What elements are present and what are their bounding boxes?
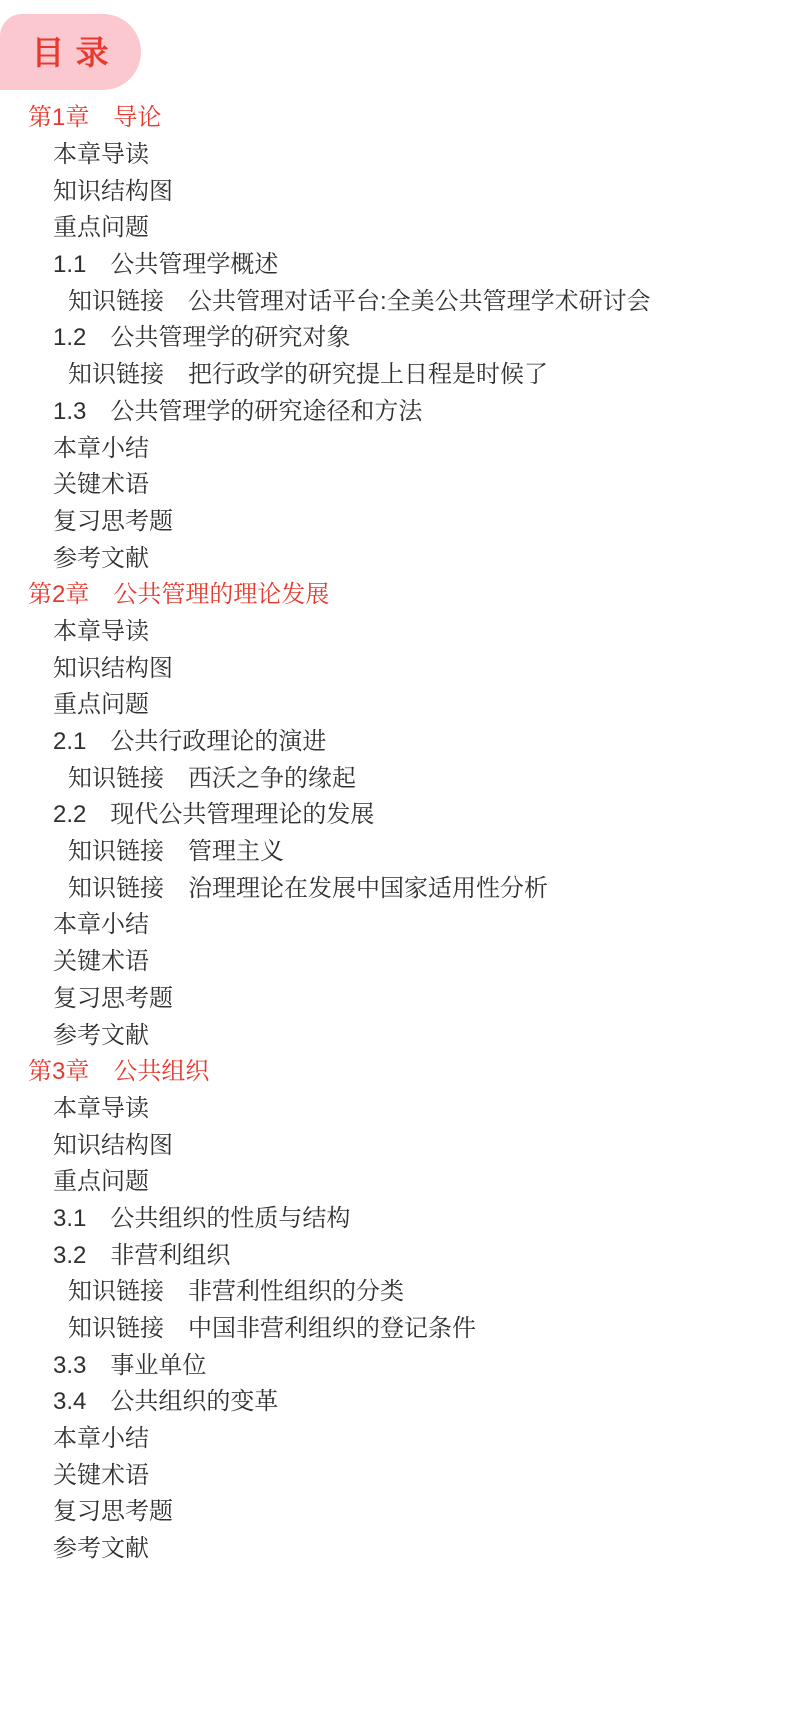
toc-section-entry[interactable]: 复习思考题 <box>0 981 790 1018</box>
toc-section-entry[interactable]: 关键术语 <box>0 944 790 981</box>
toc-entry-label: 重点问题 <box>53 1170 149 1194</box>
toc-entry-label: 第1章 导论 <box>28 106 161 130</box>
toc-entry-label: 第3章 公共组织 <box>28 1060 209 1084</box>
toc-knowledge-link-entry[interactable]: 知识链接 把行政学的研究提上日程是时候了 <box>0 357 790 394</box>
toc-entry-label: 本章导读 <box>53 143 149 167</box>
toc-entry-label: 重点问题 <box>53 693 149 717</box>
toc-entry-label: 知识链接 中国非营利组织的登记条件 <box>68 1317 476 1341</box>
toc-section-entry[interactable]: 3.1 公共组织的性质与结构 <box>0 1201 790 1238</box>
toc-chapter-title[interactable]: 第3章 公共组织 <box>0 1054 790 1091</box>
toc-entry-label: 关键术语 <box>53 1464 149 1488</box>
toc-entry-label: 本章小结 <box>53 437 149 461</box>
toc-section-entry[interactable]: 1.2 公共管理学的研究对象 <box>0 320 790 357</box>
toc-section-entry[interactable]: 2.1 公共行政理论的演进 <box>0 724 790 761</box>
toc-entry-label: 重点问题 <box>53 216 149 240</box>
toc-section-entry[interactable]: 本章导读 <box>0 137 790 174</box>
toc-section-entry[interactable]: 本章导读 <box>0 1091 790 1128</box>
toc-entry-label: 知识链接 西沃之争的缘起 <box>68 767 356 791</box>
toc-entry-label: 知识结构图 <box>53 180 173 204</box>
toc-entry-label: 本章导读 <box>53 620 149 644</box>
toc-section-entry[interactable]: 复习思考题 <box>0 1494 790 1531</box>
toc-header-badge: 目 录 <box>0 14 141 90</box>
toc-section-entry[interactable]: 知识结构图 <box>0 650 790 687</box>
toc-knowledge-link-entry[interactable]: 知识链接 公共管理对话平台:全美公共管理学术研讨会 <box>0 283 790 320</box>
toc-knowledge-link-entry[interactable]: 知识链接 中国非营利组织的登记条件 <box>0 1311 790 1348</box>
toc-entry-label: 知识结构图 <box>53 657 173 681</box>
toc-section-entry[interactable]: 关键术语 <box>0 467 790 504</box>
toc-header-title: 目 录 <box>31 36 109 69</box>
toc-chapter-title[interactable]: 第2章 公共管理的理论发展 <box>0 577 790 614</box>
toc-section-entry[interactable]: 参考文献 <box>0 540 790 577</box>
toc-entry-label: 关键术语 <box>53 473 149 497</box>
toc-entry-label: 复习思考题 <box>53 987 173 1011</box>
toc-entry-label: 参考文献 <box>53 1024 149 1048</box>
toc-entry-label: 1.2 公共管理学的研究对象 <box>53 326 350 350</box>
toc-entry-label: 3.1 公共组织的性质与结构 <box>53 1207 350 1231</box>
toc-entry-label: 第2章 公共管理的理论发展 <box>28 583 329 607</box>
toc-section-entry[interactable]: 本章小结 <box>0 1421 790 1458</box>
toc-section-entry[interactable]: 知识结构图 <box>0 1127 790 1164</box>
toc-entry-label: 复习思考题 <box>53 1500 173 1524</box>
toc-entry-label: 知识链接 非营利性组织的分类 <box>68 1280 404 1304</box>
toc-entry-label: 本章导读 <box>53 1097 149 1121</box>
toc-entry-label: 关键术语 <box>53 950 149 974</box>
toc-entry-label: 知识链接 公共管理对话平台:全美公共管理学术研讨会 <box>68 290 651 314</box>
toc-entry-label: 3.2 非营利组织 <box>53 1244 230 1268</box>
toc-entry-label: 参考文献 <box>53 1537 149 1561</box>
toc-section-entry[interactable]: 1.1 公共管理学概述 <box>0 247 790 284</box>
toc-section-entry[interactable]: 本章小结 <box>0 430 790 467</box>
toc-section-entry[interactable]: 本章导读 <box>0 614 790 651</box>
toc-section-entry[interactable]: 本章小结 <box>0 907 790 944</box>
toc-section-entry[interactable]: 关键术语 <box>0 1457 790 1494</box>
toc-section-entry[interactable]: 3.4 公共组织的变革 <box>0 1384 790 1421</box>
toc-section-entry[interactable]: 参考文献 <box>0 1531 790 1568</box>
toc-entry-label: 知识链接 治理理论在发展中国家适用性分析 <box>68 877 548 901</box>
toc-entry-label: 复习思考题 <box>53 510 173 534</box>
toc-knowledge-link-entry[interactable]: 知识链接 治理理论在发展中国家适用性分析 <box>0 870 790 907</box>
toc-section-entry[interactable]: 2.2 现代公共管理理论的发展 <box>0 797 790 834</box>
toc-section-entry[interactable]: 重点问题 <box>0 1164 790 1201</box>
toc-entry-label: 1.3 公共管理学的研究途径和方法 <box>53 400 422 424</box>
toc-entry-label: 参考文献 <box>53 547 149 571</box>
toc-entry-label: 1.1 公共管理学概述 <box>53 253 278 277</box>
toc-knowledge-link-entry[interactable]: 知识链接 管理主义 <box>0 834 790 871</box>
toc-entry-label: 知识结构图 <box>53 1134 173 1158</box>
toc-entry-label: 本章小结 <box>53 913 149 937</box>
toc-entry-label: 本章小结 <box>53 1427 149 1451</box>
toc-list: 第1章 导论 本章导读 知识结构图 重点问题 1.1 公共管理学概述 知识链接 … <box>0 100 790 1568</box>
toc-section-entry[interactable]: 重点问题 <box>0 210 790 247</box>
toc-entry-label: 知识链接 管理主义 <box>68 840 284 864</box>
toc-section-entry[interactable]: 3.3 事业单位 <box>0 1347 790 1384</box>
toc-section-entry[interactable]: 参考文献 <box>0 1017 790 1054</box>
toc-entry-label: 知识链接 把行政学的研究提上日程是时候了 <box>68 363 548 387</box>
toc-section-entry[interactable]: 3.2 非营利组织 <box>0 1237 790 1274</box>
toc-chapter-title[interactable]: 第1章 导论 <box>0 100 790 137</box>
toc-entry-label: 3.3 事业单位 <box>53 1354 206 1378</box>
toc-section-entry[interactable]: 重点问题 <box>0 687 790 724</box>
toc-section-entry[interactable]: 复习思考题 <box>0 504 790 541</box>
toc-knowledge-link-entry[interactable]: 知识链接 西沃之争的缘起 <box>0 760 790 797</box>
toc-knowledge-link-entry[interactable]: 知识链接 非营利性组织的分类 <box>0 1274 790 1311</box>
toc-section-entry[interactable]: 知识结构图 <box>0 173 790 210</box>
toc-entry-label: 2.2 现代公共管理理论的发展 <box>53 803 374 827</box>
toc-section-entry[interactable]: 1.3 公共管理学的研究途径和方法 <box>0 394 790 431</box>
toc-entry-label: 3.4 公共组织的变革 <box>53 1390 278 1414</box>
toc-entry-label: 2.1 公共行政理论的演进 <box>53 730 326 754</box>
